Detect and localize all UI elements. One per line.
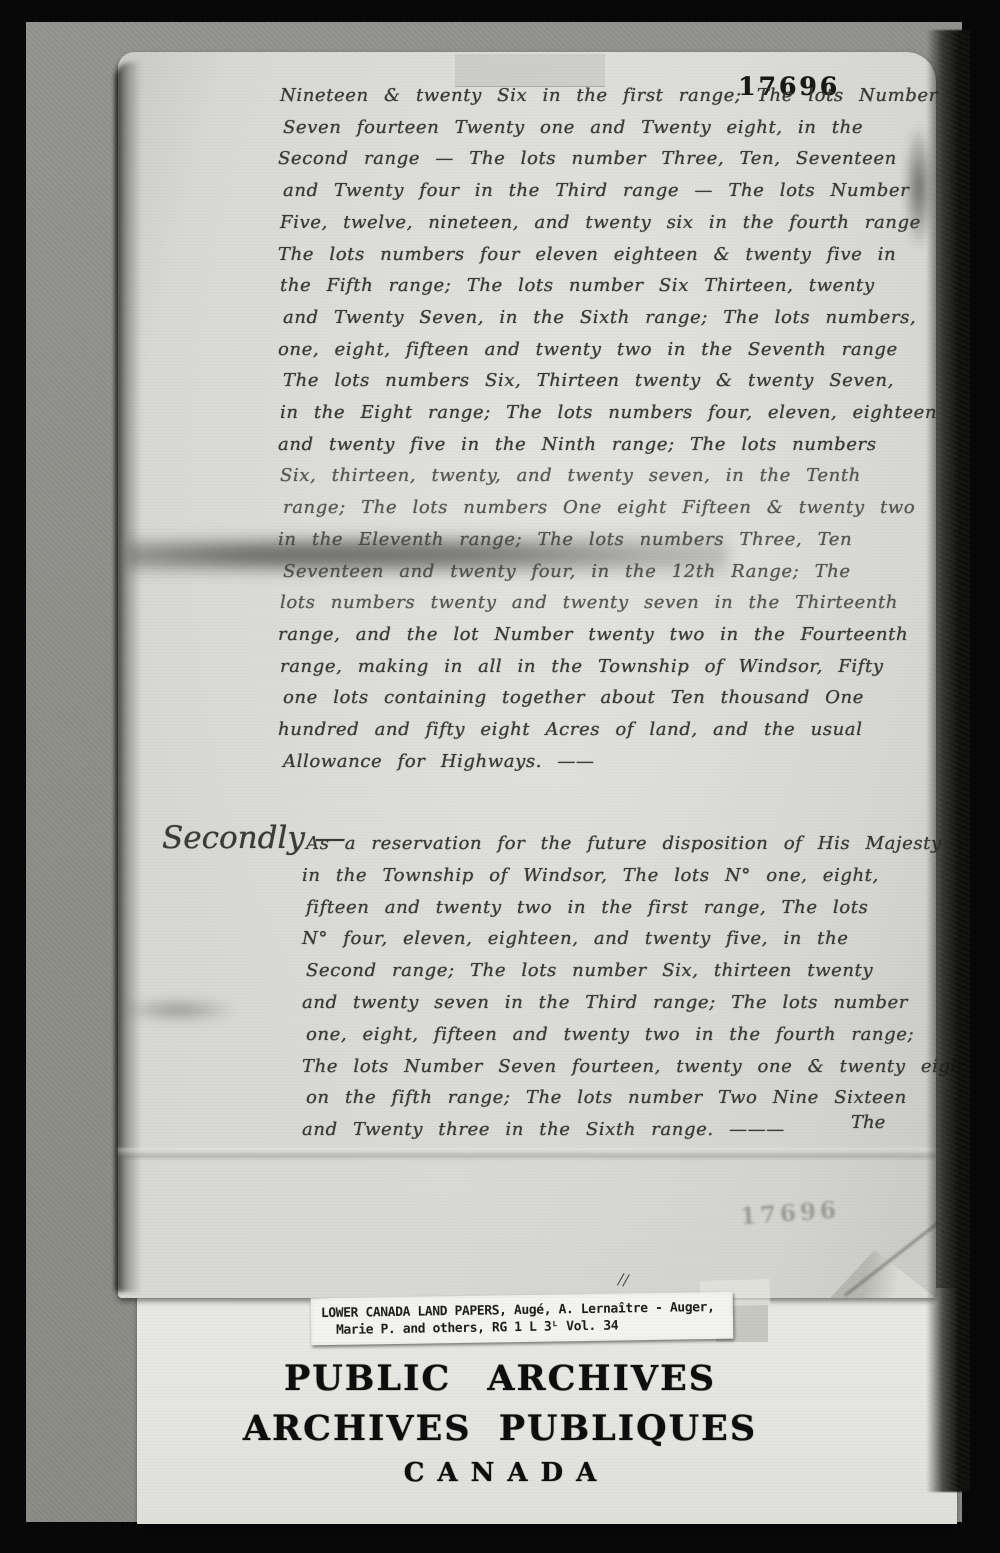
catchword: The	[851, 1112, 885, 1133]
tape-top	[455, 54, 605, 87]
manuscript-line: Second range — The lots number Three, Te…	[278, 143, 940, 175]
manuscript-line: one, eight, fifteen and twenty two in th…	[306, 1019, 946, 1051]
manuscript-line: and twenty seven in the Third range; The…	[302, 987, 946, 1019]
manuscript-line: one lots containing together about Ten t…	[283, 682, 940, 714]
corner-fold	[830, 1250, 936, 1298]
manuscript-page: 17696 17696 Nineteen & twenty Six in the…	[118, 52, 936, 1298]
manuscript-line: Six, thirteen, twenty, and twenty seven,…	[280, 460, 940, 492]
bleed-through-number: 17696	[739, 1197, 841, 1231]
manuscript-line: Nineteen & twenty Six in the first range…	[280, 80, 940, 112]
manuscript-line: Allowance for Highways. ——	[283, 746, 940, 778]
archival-photograph: 17696 17696 Nineteen & twenty Six in the…	[0, 0, 1000, 1553]
manuscript-line: lots numbers twenty and twenty seven in …	[280, 587, 940, 619]
manuscript-line: in the Eleventh range; The lots numbers …	[278, 524, 940, 556]
manuscript-line: The lots numbers Six, Thirteen twenty & …	[283, 365, 940, 397]
manuscript-line: The lots Number Seven fourteen, twenty o…	[302, 1051, 946, 1083]
archive-reference-label: LOWER CANADA LAND PAPERS, Augé, A. Lerna…	[311, 1292, 734, 1346]
pen-mark: //	[616, 1269, 630, 1290]
manuscript-line: range; The lots numbers One eight Fiftee…	[283, 492, 940, 524]
book-spine-shadow	[926, 30, 970, 1492]
manuscript-line: and Twenty four in the Third range — The…	[283, 175, 940, 207]
manuscript-line: in the Township of Windsor, The lots N° …	[302, 860, 946, 892]
manuscript-line: fifteen and twenty two in the first rang…	[306, 892, 946, 924]
manuscript-line: As a reservation for the future disposit…	[306, 828, 946, 860]
manuscript-line: hundred and fifty eight Acres of land, a…	[278, 714, 940, 746]
imprint-line-french: ARCHIVES PUBLIQUES	[130, 1408, 870, 1449]
archives-imprint: PUBLIC ARCHIVES ARCHIVES PUBLIQUES CANAD…	[130, 1358, 870, 1488]
manuscript-line: N° four, eleven, eighteen, and twenty fi…	[302, 923, 946, 955]
manuscript-line: and Twenty Seven, in the Sixth range; Th…	[283, 302, 940, 334]
manuscript-line: Second range; The lots number Six, thirt…	[306, 955, 946, 987]
manuscript-line: on the fifth range; The lots number Two …	[306, 1082, 946, 1114]
manuscript-paragraph-1: Nineteen & twenty Six in the first range…	[280, 80, 940, 777]
manuscript-line: range, and the lot Number twenty two in …	[278, 619, 940, 651]
manuscript-line: range, making in all in the Township of …	[280, 651, 940, 683]
manuscript-line: Seventeen and twenty four, in the 12th R…	[283, 556, 940, 588]
manuscript-line: and Twenty three in the Sixth range. ———	[302, 1114, 946, 1146]
manuscript-line: Seven fourteen Twenty one and Twenty eig…	[283, 112, 940, 144]
manuscript-line: The lots numbers four eleven eighteen & …	[278, 239, 940, 271]
imprint-line-canada: CANADA	[130, 1458, 870, 1488]
imprint-line-english: PUBLIC ARCHIVES	[130, 1358, 870, 1399]
manuscript-line: one, eight, fifteen and twenty two in th…	[278, 334, 940, 366]
manuscript-line: the Fifth range; The lots number Six Thi…	[280, 270, 940, 302]
manuscript-line: Five, twelve, nineteen, and twenty six i…	[280, 207, 940, 239]
manuscript-paragraph-2: As a reservation for the future disposit…	[306, 828, 946, 1146]
manuscript-line: and twenty five in the Ninth range; The …	[278, 429, 940, 461]
manuscript-line: in the Eight range; The lots numbers fou…	[280, 397, 940, 429]
edge-stain	[118, 997, 238, 1023]
fold-crease	[118, 1148, 936, 1160]
